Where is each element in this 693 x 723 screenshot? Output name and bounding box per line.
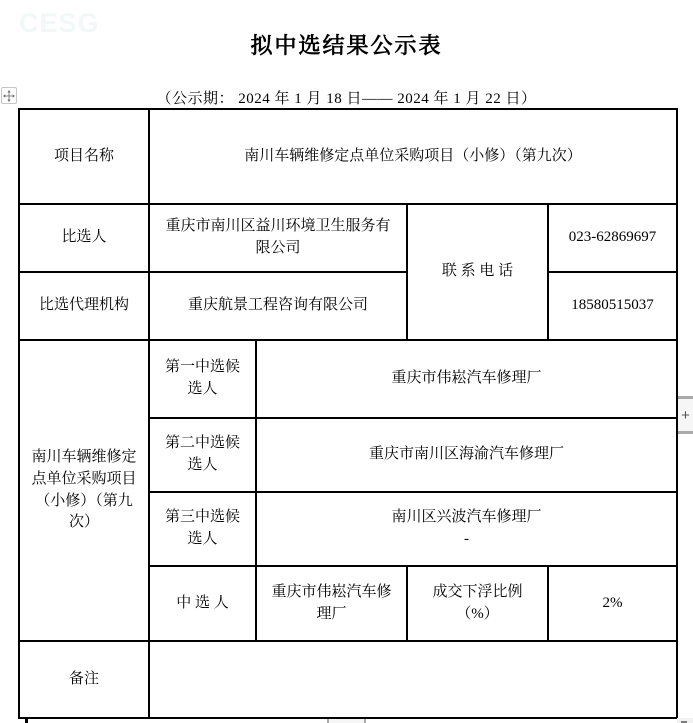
horizontal-scrollbar-thumb[interactable] [327,719,366,723]
winner-value-cell: 重庆市伟崧汽车修理厂 [256,566,407,641]
table-row: 备注 [19,641,677,718]
winner-label-cell: 中 选 人 [149,566,256,641]
table-row: 项目名称 南川车辆维修定点单位采购项目（小修）（第九次） [19,109,677,204]
contact-phone-label-cell: 联 系 电 话 [407,204,548,340]
table-move-handle[interactable] [1,87,17,104]
candidate3-dash: - [267,529,666,551]
candidate1-label-cell: 第一中选候选人 [149,340,256,418]
candidate2-label-cell: 第二中选候选人 [149,418,256,492]
table-row: 比选人 重庆市南川区益川环境卫生服务有限公司 联 系 电 话 023-62869… [19,204,677,272]
table-row: 南川车辆维修定点单位采购项目（小修）（第九次） 第一中选候选人 重庆市伟崧汽车修… [19,340,677,418]
remarks-value-cell [149,641,677,718]
remarks-label-cell: 备注 [19,641,149,718]
agency-label-cell: 比选代理机构 [19,272,149,340]
project-name-value-cell: 南川车辆维修定点单位采购项目（小修）（第九次） [149,109,677,204]
section-project-label-cell: 南川车辆维修定点单位采购项目（小修）（第九次） [19,340,149,641]
discount-label-cell: 成交下浮比例（%） [407,566,548,641]
candidate3-label-cell: 第三中选候选人 [149,492,256,566]
page-bottom-tick [25,718,28,723]
bidder-phone-cell: 023-62869697 [548,204,677,272]
project-name-label-cell: 项目名称 [19,109,149,204]
candidate3-value-cell: 南川区兴波汽车修理厂 - [256,492,677,566]
page-title: 拟中选结果公示表 [0,29,693,60]
candidate3-name: 南川区兴波汽车修理厂 [267,507,666,529]
scrollbar-corner[interactable] [677,718,693,723]
bidder-label-cell: 比选人 [19,204,149,272]
expand-plus-button[interactable]: + [678,396,693,434]
agency-phone-cell: 18580515037 [548,272,677,340]
table-row: 比选代理机构 重庆航景工程咨询有限公司 18580515037 [19,272,677,340]
candidate1-value-cell: 重庆市伟崧汽车修理厂 [256,340,677,418]
agency-value-cell: 重庆航景工程咨询有限公司 [149,272,407,340]
move-arrows-icon [3,90,15,102]
publicity-period: （公示期： 2024 年 1 月 18 日—— 2024 年 1 月 22 日） [0,87,693,108]
result-table: 项目名称 南川车辆维修定点单位采购项目（小修）（第九次） 比选人 重庆市南川区益… [18,108,678,719]
document-page: CESG 拟中选结果公示表 （公示期： 2024 年 1 月 18 日—— 20… [0,0,693,723]
discount-value-cell: 2% [548,566,677,641]
bidder-value-cell: 重庆市南川区益川环境卫生服务有限公司 [149,204,407,272]
candidate2-value-cell: 重庆市南川区海渝汽车修理厂 [256,418,677,492]
